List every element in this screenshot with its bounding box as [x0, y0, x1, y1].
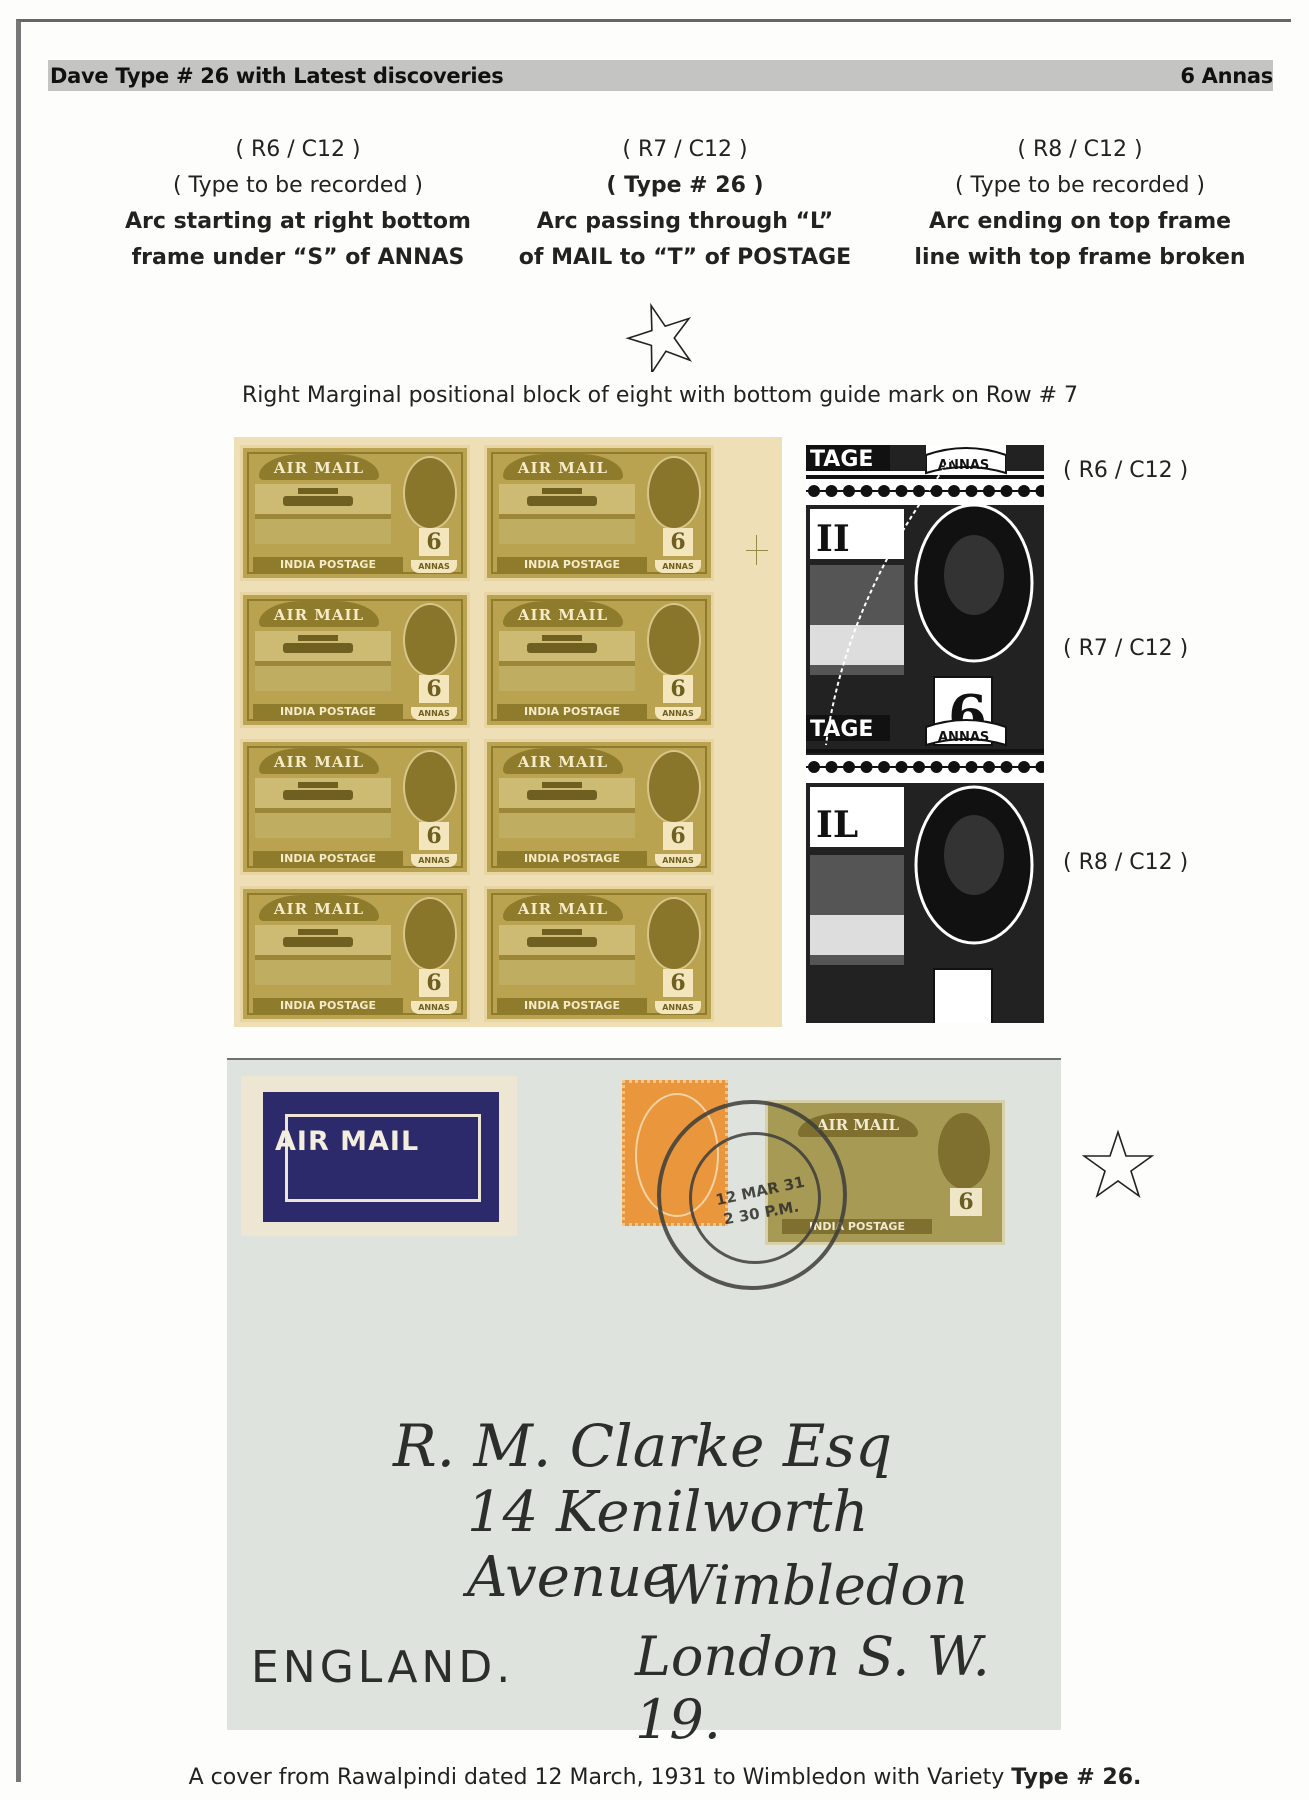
king-portrait: [403, 750, 457, 824]
position-column-r8: ( R8 / C12 ) ( Type to be recorded ) Arc…: [870, 132, 1290, 276]
postmark: 12 MAR 31 2 30 P.M.: [657, 1100, 847, 1290]
type-label: ( Type to be recorded ): [88, 168, 508, 204]
svg-text:IL: IL: [816, 804, 858, 846]
airmail-label-text: AIR MAIL: [275, 1126, 419, 1157]
king-portrait: [403, 603, 457, 677]
king-portrait: [647, 603, 701, 677]
address-line: R. M. Clarke Esq: [393, 1412, 892, 1480]
position-column-r6: ( R6 / C12 ) ( Type to be recorded ) Arc…: [88, 132, 508, 276]
airplane-icon: [527, 790, 597, 800]
cover-envelope: AIR MAIL AIR MAIL 6 INDIA POSTAGE 12 MAR…: [227, 1058, 1061, 1730]
stamp: AIR MAIL6INDIA POSTAGEANNAS: [240, 445, 470, 581]
star-icon: [625, 300, 697, 372]
description-line: line with top frame broken: [870, 240, 1290, 276]
stamp: AIR MAIL6INDIA POSTAGEANNAS: [240, 592, 470, 728]
stamp: AIR MAIL6INDIA POSTAGEANNAS: [240, 886, 470, 1022]
address-country: ENGLAND.: [251, 1642, 514, 1693]
description-line: Arc passing through “L”: [475, 204, 895, 240]
enlargement-label-r7: ( R7 / C12 ): [1063, 636, 1188, 661]
king-portrait: [647, 897, 701, 971]
stamp: AIR MAIL6INDIA POSTAGEANNAS: [484, 739, 714, 875]
airplane-icon: [527, 937, 597, 947]
airmail-etiquette: AIR MAIL: [241, 1076, 517, 1236]
airplane-icon: [283, 643, 353, 653]
enlargement-label-r8: ( R8 / C12 ): [1063, 850, 1188, 875]
airplane-icon: [283, 496, 353, 506]
cover-caption: A cover from Rawalpindi dated 12 March, …: [140, 1765, 1190, 1790]
description-line: Arc ending on top frame: [870, 204, 1290, 240]
address-line: Wimbledon: [659, 1554, 968, 1617]
stamp: AIR MAIL6INDIA POSTAGEANNAS: [484, 886, 714, 1022]
position-label: ( R6 / C12 ): [88, 132, 508, 168]
stamp-block: AIR MAIL6INDIA POSTAGEANNASAIR MAIL6INDI…: [234, 437, 782, 1027]
star-icon: [1082, 1128, 1154, 1200]
king-portrait: [403, 456, 457, 530]
svg-text:TAGE: TAGE: [810, 447, 873, 472]
type-label: ( Type to be recorded ): [870, 168, 1290, 204]
stamp: AIR MAIL6INDIA POSTAGEANNAS: [240, 739, 470, 875]
stamp: AIR MAIL6INDIA POSTAGEANNAS: [484, 445, 714, 581]
description-line: Arc starting at right bottom: [88, 204, 508, 240]
airplane-icon: [283, 790, 353, 800]
position-label: ( R8 / C12 ): [870, 132, 1290, 168]
description-line: frame under “S” of ANNAS: [88, 240, 508, 276]
block-caption: Right Marginal positional block of eight…: [200, 383, 1120, 408]
king-portrait: [938, 1113, 990, 1189]
svg-text:ANNAS: ANNAS: [938, 730, 989, 745]
type-label: ( Type # 26 ): [475, 168, 895, 204]
description-line: of MAIL to “T” of POSTAGE: [475, 240, 895, 276]
airplane-icon: [527, 496, 597, 506]
stamp: AIR MAIL6INDIA POSTAGEANNAS: [484, 592, 714, 728]
denomination-label: 6 Annas: [1180, 64, 1273, 88]
position-column-r7: ( R7 / C12 ) ( Type # 26 ) Arc passing t…: [475, 132, 895, 276]
airplane-icon: [283, 937, 353, 947]
address-line: London S. W. 19.: [635, 1625, 1061, 1751]
king-portrait: [647, 750, 701, 824]
airplane-icon: [527, 643, 597, 653]
svg-text:TAGE: TAGE: [810, 717, 873, 742]
enlargement-label-r6: ( R6 / C12 ): [1063, 458, 1188, 483]
king-portrait: [403, 897, 457, 971]
svg-text:II: II: [816, 518, 850, 560]
enlargement-image: TAGE ANNAS II 6 TAGE ANNAS IL: [806, 445, 1044, 1023]
position-label: ( R7 / C12 ): [475, 132, 895, 168]
guide-mark: [746, 535, 768, 565]
king-portrait: [647, 456, 701, 530]
page-title: Dave Type # 26 with Latest discoveries: [48, 64, 503, 88]
title-bar: Dave Type # 26 with Latest discoveries 6…: [48, 60, 1273, 91]
